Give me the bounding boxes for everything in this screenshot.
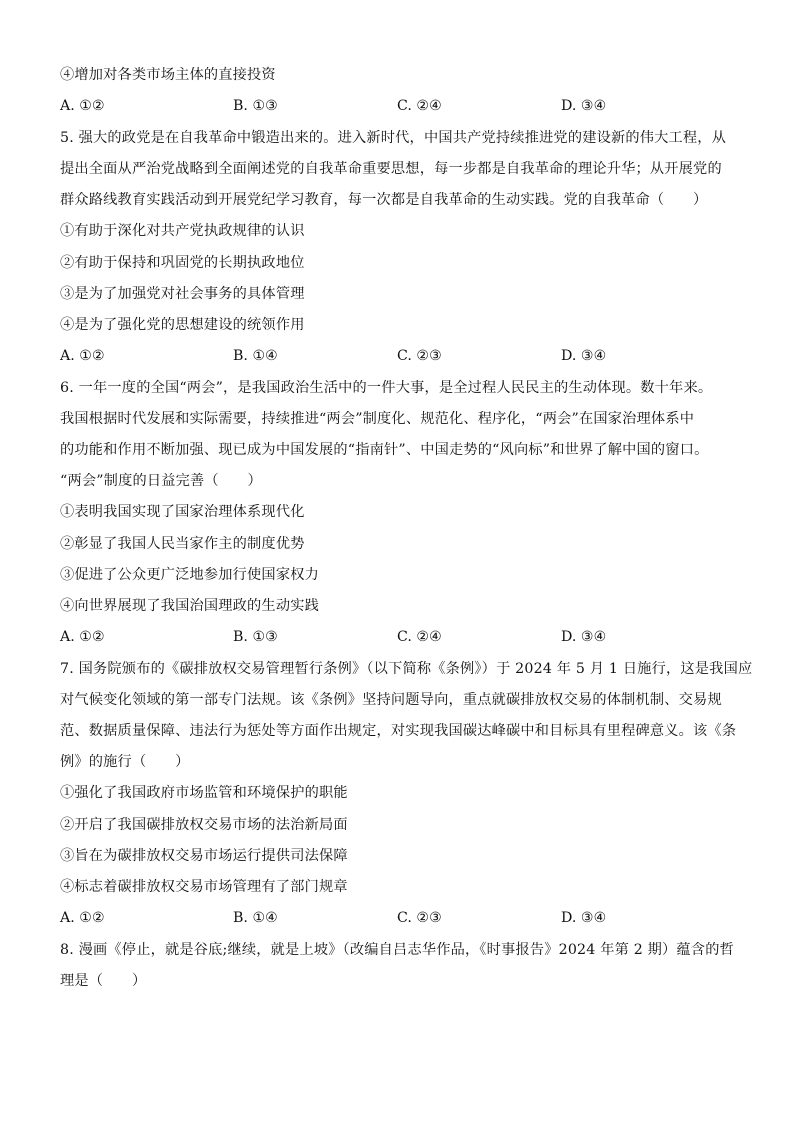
q5-stem-line-2: 提出全面从严治党战略到全面阐述党的自我革命重要思想，每一步都是自我革命的理论升华… (60, 160, 740, 178)
q4-option-b[interactable]: B. ①③ (233, 97, 278, 115)
q4-option-c[interactable]: C. ②④ (397, 97, 442, 115)
q4-option-a[interactable]: A. ①② (60, 97, 105, 115)
q5-option-c[interactable]: C. ②③ (397, 347, 442, 365)
q4-option-d[interactable]: D. ③④ (561, 97, 606, 115)
q7-statement-2: ②开启了我国碳排放权交易市场的法治新局面 (60, 816, 740, 834)
q6-option-d[interactable]: D. ③④ (561, 628, 606, 646)
q6-stem-line-1: 6. 一年一度的全国“两会”，是我国政治生活中的一件大事，是全过程人民民主的生动… (60, 379, 740, 397)
q5-option-a[interactable]: A. ①② (60, 347, 105, 365)
q6-options: A. ①② B. ①③ C. ②④ D. ③④ (60, 628, 740, 646)
q6-statement-3: ③促进了公众更广泛地参加行使国家权力 (60, 566, 740, 584)
q7-statement-3: ③旨在为碳排放权交易市场运行提供司法保障 (60, 847, 740, 865)
q7-statement-4: ④标志着碳排放权交易市场管理有了部门规章 (60, 878, 740, 896)
q6-option-b[interactable]: B. ①③ (233, 628, 278, 646)
q5-statement-4: ④是为了强化党的思想建设的统领作用 (60, 316, 740, 334)
q7-stem-line-1: 7. 国务院颁布的《碳排放权交易管理暂行条例》（以下简称《条例》）于 2024 … (60, 660, 740, 678)
q7-option-b[interactable]: B. ①④ (233, 909, 278, 927)
q7-option-d[interactable]: D. ③④ (561, 909, 606, 927)
q7-statement-1: ①强化了我国政府市场监管和环境保护的职能 (60, 784, 740, 802)
q7-options: A. ①② B. ①④ C. ②③ D. ③④ (60, 909, 740, 927)
q8-stem-line-1: 8. 漫画《停止，就是谷底;继续，就是上坡》（改编自吕志华作品，《时事报告》20… (60, 941, 740, 959)
q5-options: A. ①② B. ①④ C. ②③ D. ③④ (60, 347, 740, 365)
q6-stem-line-4: “两会”制度的日益完善（ ） (60, 472, 740, 490)
q6-statement-1: ①表明我国实现了国家治理体系现代化 (60, 503, 740, 521)
q6-option-a[interactable]: A. ①② (60, 628, 105, 646)
q5-statement-3: ③是为了加强党对社会事务的具体管理 (60, 285, 740, 303)
q6-stem-line-2: 我国根据时代发展和实际需要，持续推进“两会”制度化、规范化、程序化，“两会”在国… (60, 410, 740, 428)
exam-page: ④增加对各类市场主体的直接投资 A. ①② B. ①③ C. ②④ D. ③④ … (0, 0, 793, 1122)
q5-option-d[interactable]: D. ③④ (561, 347, 606, 365)
q5-stem-line-3: 群众路线教育实践活动到开展党纪学习教育，每一次都是自我革命的生动实践。党的自我革… (60, 191, 740, 209)
q5-statement-1: ①有助于深化对共产党执政规律的认识 (60, 222, 740, 240)
q8-stem-line-2: 理是（ ） (60, 972, 740, 990)
q7-stem-line-2: 对气候变化领域的第一部专门法规。该《条例》坚持问题导向，重点就碳排放权交易的体制… (60, 691, 740, 709)
q6-option-c[interactable]: C. ②④ (397, 628, 442, 646)
q4-options: A. ①② B. ①③ C. ②④ D. ③④ (60, 97, 740, 115)
q6-statement-2: ②彰显了我国人民当家作主的制度优势 (60, 535, 740, 553)
q5-stem-line-1: 5. 强大的政党是在自我革命中锻造出来的。进入新时代，中国共产党持续推进党的建设… (60, 129, 740, 147)
q7-option-a[interactable]: A. ①② (60, 909, 105, 927)
q7-stem-line-3: 范、数据质量保障、违法行为惩处等方面作出规定，对实现我国碳达峰碳中和目标具有里程… (60, 722, 740, 740)
q6-stem-line-3: 的功能和作用不断加强、现已成为中国发展的“指南针”、中国走势的“风向标”和世界了… (60, 441, 740, 459)
q6-statement-4: ④向世界展现了我国治国理政的生动实践 (60, 597, 740, 615)
q4-statement-4: ④增加对各类市场主体的直接投资 (60, 66, 740, 84)
q7-option-c[interactable]: C. ②③ (397, 909, 442, 927)
q7-stem-line-4: 例》的施行（ ） (60, 753, 740, 771)
q5-statement-2: ②有助于保持和巩固党的长期执政地位 (60, 254, 740, 272)
q5-option-b[interactable]: B. ①④ (233, 347, 278, 365)
